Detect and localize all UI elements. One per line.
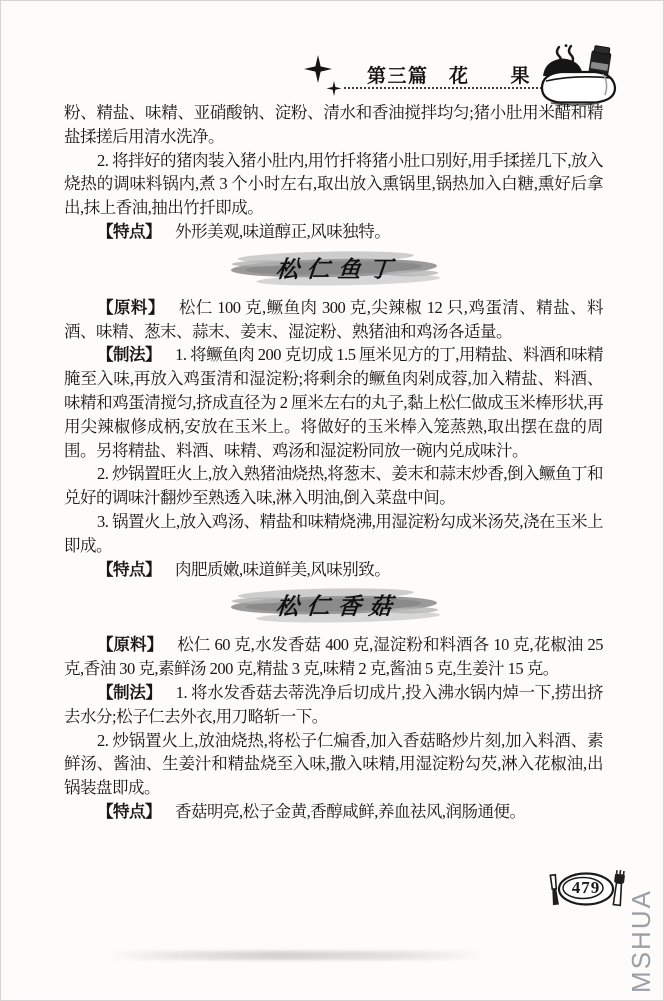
paragraph: 2. 炒锅置旺火上,放入熟猪油烧热,将葱末、姜末和蒜末炒香,倒入鳜鱼丁和兑好的调…	[64, 462, 603, 510]
paragraph-label: 【特点】	[97, 802, 161, 821]
book-page: 第三篇 花 果 粉、精盐、味精、亚硝酸钠、淀粉、清水和香油搅拌均匀;猪小肚用米醋…	[0, 0, 664, 1001]
paragraph-text: 粉、精盐、味精、亚硝酸钠、淀粉、清水和香油搅拌均匀;猪小肚用米醋和精盐揉搓后用清…	[64, 103, 603, 146]
recipe-title: 松仁香菇	[266, 589, 401, 622]
paragraph: 2. 炒锅置火上,放油烧热,将松子仁煸香,加入香菇略炒片刻,加入料酒、素鲜汤、酱…	[64, 729, 603, 800]
paragraph-text: 香菇明亮,松子金黄,香醇咸鲜,养血祛风,润肠通便。	[175, 802, 526, 821]
page-header: 第三篇 花 果	[1, 1, 663, 113]
paragraph-label: 【特点】	[97, 560, 161, 579]
paragraph-text: 2. 将拌好的猪肉装入猪小肚内,用竹扦将猪小肚口别好,用手揉搓几下,放入烧热的调…	[64, 151, 603, 218]
paragraph-label: 【特点】	[97, 222, 161, 241]
sparkle-icon	[301, 53, 349, 101]
paragraph: 【特点】外形美观,味道醇正,风味独特。	[64, 220, 603, 244]
paragraph: 【原料】松仁 100 克,鳜鱼肉 300 克,尖辣椒 12 只,鸡蛋清、精盐、料…	[64, 296, 603, 344]
paragraph: 【制法】1. 将鳜鱼肉 200 克切成 1.5 厘米见方的丁,用精盐、料酒和味精…	[64, 343, 603, 462]
watermark-text: MSHUA	[626, 876, 656, 1001]
recipe-section-header: 松仁鱼丁	[64, 249, 603, 289]
paragraph-label: 【原料】	[97, 635, 163, 654]
chapter-title: 第三篇 花 果	[367, 61, 531, 88]
text-column: 粉、精盐、味精、亚硝酸钠、淀粉、清水和香油搅拌均匀;猪小肚用米醋和精盐揉搓后用清…	[64, 101, 603, 824]
knife-icon	[550, 875, 559, 905]
paragraph: 【特点】香菇明亮,松子金黄,香醇咸鲜,养血祛风,润肠通便。	[64, 800, 603, 824]
recipe-section-header: 松仁香菇	[64, 586, 603, 626]
paragraph-label: 【制法】	[97, 345, 161, 364]
paragraph-text: 2. 炒锅置旺火上,放入熟猪油烧热,将葱末、姜末和蒜末炒香,倒入鳜鱼丁和兑好的调…	[64, 464, 603, 507]
paragraph-text: 肉肥质嫩,味道鲜美,风味别致。	[175, 560, 390, 579]
print-show-through-smudge	[106, 951, 486, 960]
paragraph: 【原料】松仁 60 克,水发香菇 400 克,湿淀粉和料酒各 10 克,花椒油 …	[64, 633, 603, 681]
paragraph-text: 3. 锅置火上,放入鸡汤、精盐和味精烧沸,用湿淀粉勾成米汤芡,浇在玉米上即成。	[64, 512, 603, 555]
page-number: 479	[565, 878, 607, 898]
recipe-title: 松仁鱼丁	[266, 251, 401, 284]
page-number-emblem: 479	[546, 867, 626, 913]
paragraph-text: 2. 炒锅置火上,放油烧热,将松子仁煸香,加入香菇略炒片刻,加入料酒、素鲜汤、酱…	[64, 731, 603, 798]
paragraph: 3. 锅置火上,放入鸡汤、精盐和味精烧沸,用湿淀粉勾成米汤芡,浇在玉米上即成。	[64, 510, 603, 558]
paragraph: 粉、精盐、味精、亚硝酸钠、淀粉、清水和香油搅拌均匀;猪小肚用米醋和精盐揉搓后用清…	[64, 101, 603, 149]
paragraph: 2. 将拌好的猪肉装入猪小肚内,用竹扦将猪小肚口别好,用手揉搓几下,放入烧热的调…	[64, 149, 603, 220]
paragraph-label: 【原料】	[97, 298, 165, 317]
paragraph: 【制法】1. 将水发香菇去蒂洗净后切成片,投入沸水锅内焯一下,捞出挤去水分;松子…	[64, 681, 603, 729]
paragraph-text: 外形美观,味道醇正,风味独特。	[175, 222, 390, 241]
paragraph-label: 【制法】	[97, 683, 162, 702]
paragraph: 【特点】肉肥质嫩,味道鲜美,风味别致。	[64, 558, 603, 582]
